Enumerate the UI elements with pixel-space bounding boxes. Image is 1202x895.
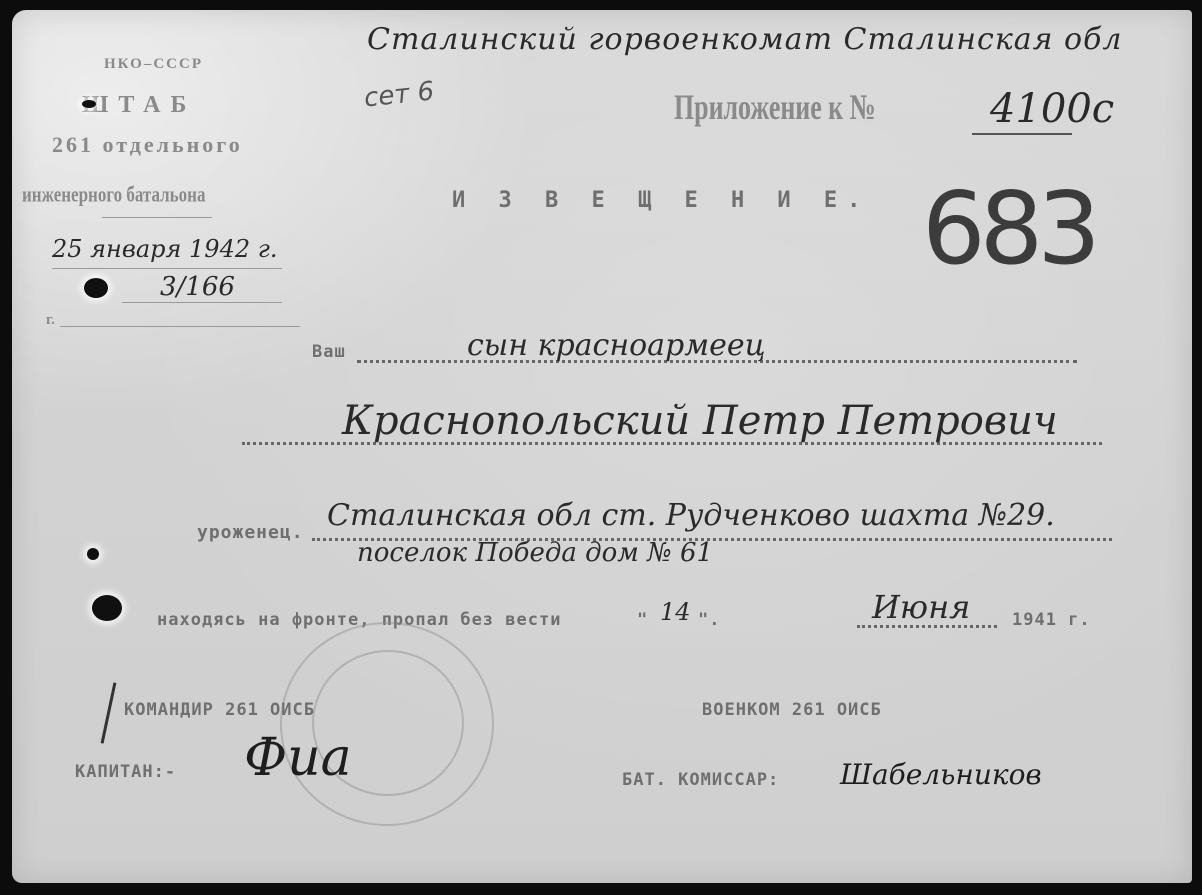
- quote-close: ".: [698, 610, 720, 630]
- document-title: И З В Е Щ Е Н И Е.: [452, 188, 870, 213]
- large-number: 683: [922, 170, 1095, 287]
- paper-damage: [84, 278, 108, 298]
- commander-signature: Фиа: [244, 728, 352, 788]
- native-label: уроженец.: [197, 522, 304, 543]
- punch-hole: [87, 548, 99, 560]
- stamp-rule: [102, 217, 212, 218]
- native-address-line1: Сталинская обл ст. Рудченково шахта №29.: [327, 498, 1055, 533]
- notice-date: 25 января 1942 г.: [52, 235, 278, 263]
- punch-hole: [92, 595, 122, 621]
- quote-open: ": [637, 610, 648, 630]
- missing-month: Июня: [872, 588, 970, 626]
- appendix-label: Приложение к №: [674, 86, 876, 128]
- ref-number: 3/166: [160, 272, 235, 302]
- commissar-title: ВОЕНКОМ 261 ОИСБ: [702, 700, 882, 720]
- commissar-rank: БАТ. КОМИССАР:: [622, 770, 779, 790]
- ref-rule: [122, 302, 282, 303]
- date-rule: [52, 268, 282, 269]
- stamp-nko: НКО–СССР: [104, 56, 203, 73]
- relation-value: сын красноармеец: [467, 328, 766, 363]
- missing-year: 1941 г.: [1012, 610, 1091, 630]
- native-address-line2: поселок Победа дом № 61: [357, 538, 713, 568]
- stamp-shtab: ШТАБ: [82, 92, 196, 119]
- pen-tick-mark: [101, 682, 117, 743]
- document-paper: Сталинский горвоенкомат Сталинская обл с…: [12, 10, 1192, 883]
- appendix-rule: [972, 133, 1072, 135]
- handwritten-header: Сталинский горвоенкомат Сталинская обл: [367, 22, 1123, 57]
- appendix-number: 4100с: [990, 86, 1114, 132]
- full-name: Краснопольский Петр Петрович: [342, 398, 1058, 444]
- your-label: Ваш: [312, 342, 346, 362]
- commander-title: КОМАНДИР 261 ОИСБ: [124, 700, 315, 720]
- place-prefix: г.: [46, 312, 55, 329]
- stamp-unit: 261 отдельного: [52, 132, 243, 158]
- stamp-battalion: инженерного батальона: [22, 182, 205, 208]
- pencil-note: сет 6: [363, 76, 436, 113]
- commander-rank: КАПИТАН:-: [75, 762, 176, 782]
- place-rule: [60, 326, 300, 327]
- commissar-signature: Шабельников: [840, 758, 1042, 791]
- paper-damage: [82, 100, 96, 108]
- missing-day: 14: [660, 598, 691, 626]
